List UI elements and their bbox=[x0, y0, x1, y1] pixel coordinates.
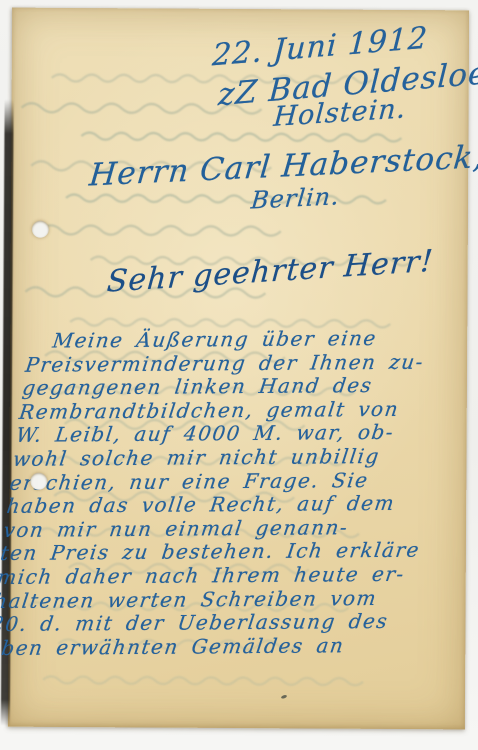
scanned-letter-photo: 22. Juni 1912 zZ Bad Oldesloe, Holstein.… bbox=[0, 0, 478, 750]
letter-paper: 22. Juni 1912 zZ Bad Oldesloe, Holstein.… bbox=[8, 8, 469, 730]
recipient-city-line: Berlin. bbox=[250, 182, 341, 214]
punch-hole-top bbox=[32, 221, 49, 238]
punch-hole-bottom bbox=[30, 473, 47, 490]
body-line: oben erwähnten Gemäldes an bbox=[0, 633, 418, 660]
body-line: 20. d. mit der Ueberlassung des bbox=[0, 610, 421, 637]
letter-body: Meine Äußerung über eine Preisverminderu… bbox=[0, 326, 458, 660]
body-line: haben das volle Recht, auf dem bbox=[5, 492, 436, 519]
body-line: wohl solche mir nicht unbillig bbox=[11, 444, 442, 471]
body-line: Preisverminderung der Ihnen zu- bbox=[24, 350, 455, 377]
